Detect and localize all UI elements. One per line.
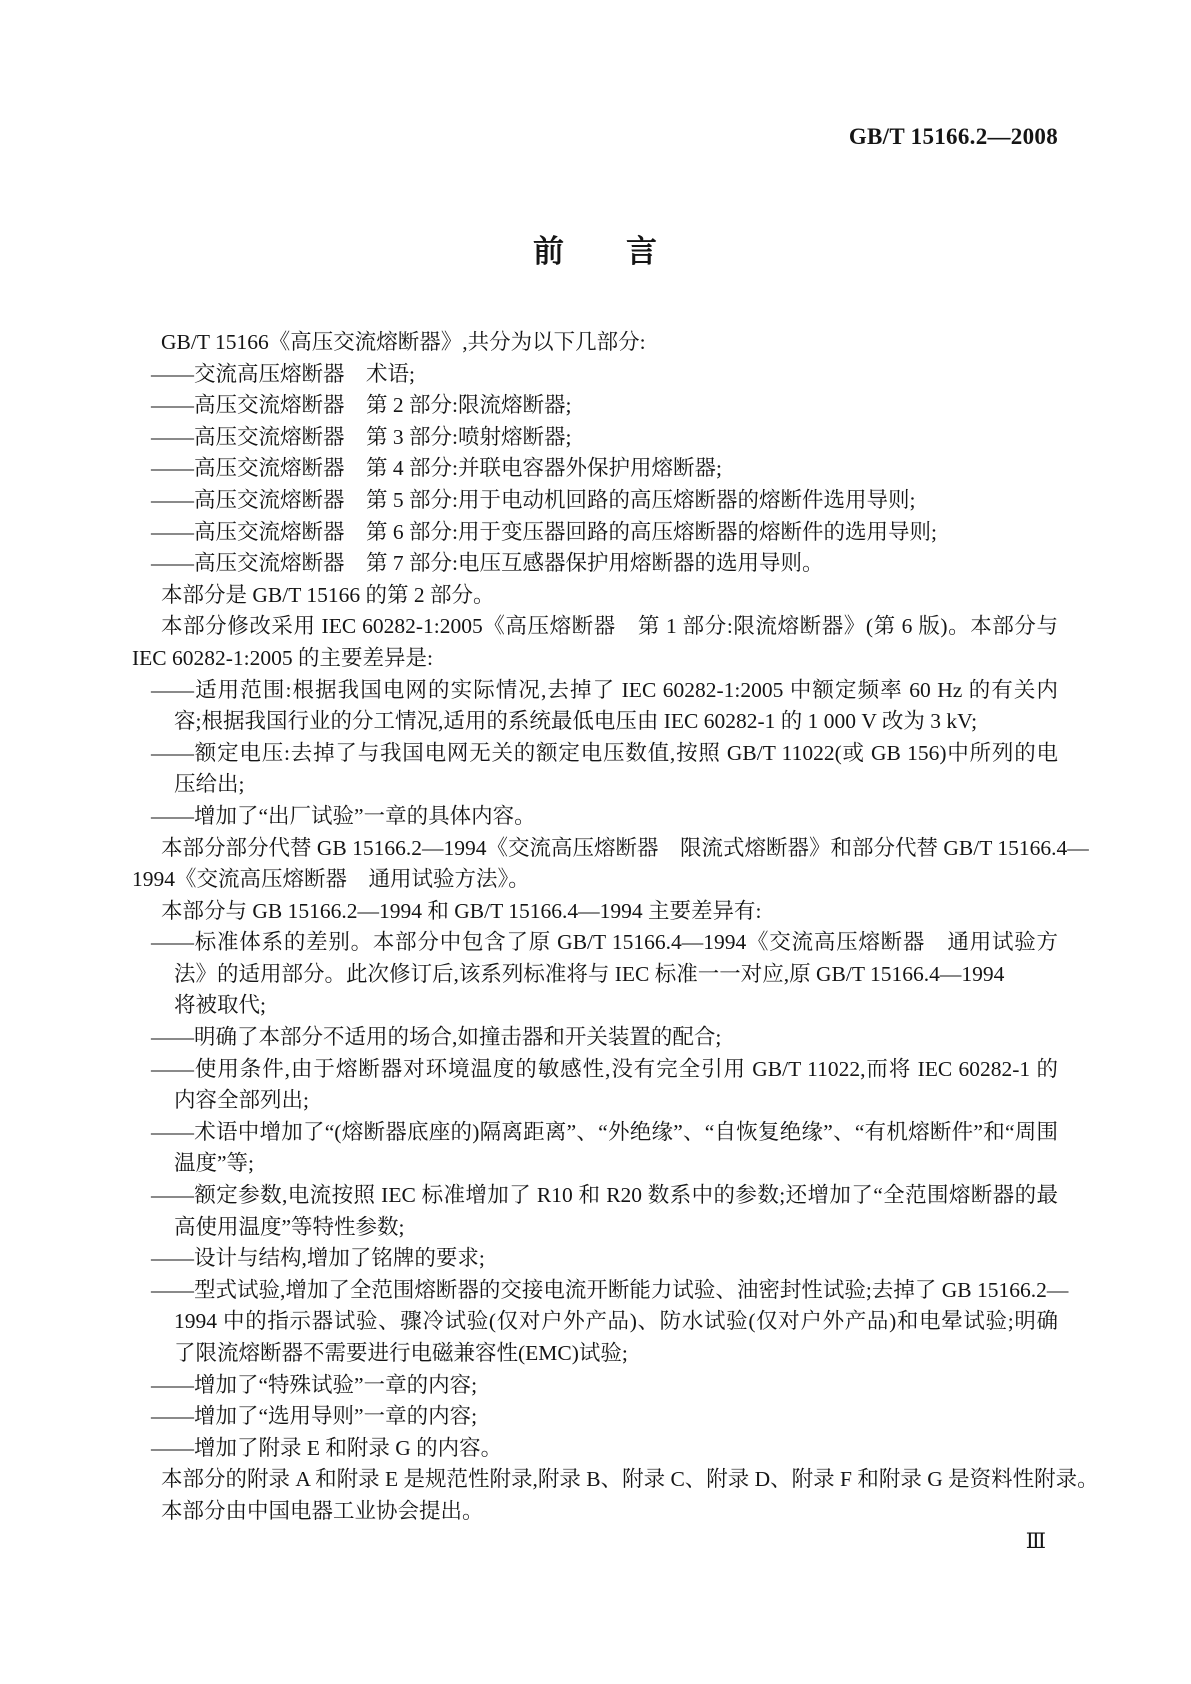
document-page: GB/T 15166.2—2008 前 言 GB/T 15166《高压交流熔断器… — [0, 0, 1191, 1684]
text-line: ——增加了“出厂试验”一章的具体内容。 — [132, 801, 1058, 833]
text-line: ——适用范围:根据我国电网的实际情况,去掉了 IEC 60282-1:2005 … — [132, 675, 1058, 707]
page-title: 前 言 — [132, 226, 1058, 271]
text-line: ——额定电压:去掉了与我国电网无关的额定电压数值,按照 GB/T 11022(或… — [132, 738, 1058, 770]
text-line: ——高压交流熔断器 第 3 部分:喷射熔断器; — [132, 422, 1058, 454]
text-line: ——设计与结构,增加了铭牌的要求; — [132, 1243, 1058, 1275]
text-line: 本部分与 GB 15166.2—1994 和 GB/T 15166.4—1994… — [132, 896, 1058, 928]
text-line: 将被取代; — [132, 990, 1058, 1022]
text-line: ——术语中增加了“(熔断器底座的)隔离距离”、“外绝缘”、“自恢复绝缘”、“有机… — [132, 1117, 1058, 1149]
text-line: 法》的适用部分。此次修订后,该系列标准将与 IEC 标准一一对应,原 GB/T … — [132, 959, 1058, 991]
text-line: ——高压交流熔断器 第 4 部分:并联电容器外保护用熔断器; — [132, 453, 1058, 485]
text-line: 压给出; — [132, 769, 1058, 801]
text-line: ——高压交流熔断器 第 2 部分:限流熔断器; — [132, 390, 1058, 422]
text-line: ——高压交流熔断器 第 5 部分:用于电动机回路的高压熔断器的熔断件选用导则; — [132, 485, 1058, 517]
text-line: 温度”等; — [132, 1148, 1058, 1180]
text-line: ——增加了“特殊试验”一章的内容; — [132, 1370, 1058, 1402]
text-line: 高使用温度”等特性参数; — [132, 1212, 1058, 1244]
text-line: ——额定参数,电流按照 IEC 标准增加了 R10 和 R20 数系中的参数;还… — [132, 1180, 1058, 1212]
text-line: ——高压交流熔断器 第 6 部分:用于变压器回路的高压熔断器的熔断件的选用导则; — [132, 517, 1058, 549]
text-line: 内容全部列出; — [132, 1085, 1058, 1117]
text-line: ——增加了“选用导则”一章的内容; — [132, 1401, 1058, 1433]
foreword-body: GB/T 15166《高压交流熔断器》,共分为以下几部分: ——交流高压熔断器 … — [132, 327, 1058, 1528]
text-line: ——明确了本部分不适用的场合,如撞击器和开关装置的配合; — [132, 1022, 1058, 1054]
text-line: 1994《交流高压熔断器 通用试验方法》。 — [132, 864, 1058, 896]
text-line: 本部分部分代替 GB 15166.2—1994《交流高压熔断器 限流式熔断器》和… — [132, 833, 1058, 865]
text-line: 本部分是 GB/T 15166 的第 2 部分。 — [132, 580, 1058, 612]
text-line: ——高压交流熔断器 第 7 部分:电压互感器保护用熔断器的选用导则。 — [132, 548, 1058, 580]
text-line: ——标准体系的差别。本部分中包含了原 GB/T 15166.4—1994《交流高… — [132, 927, 1058, 959]
text-line: GB/T 15166《高压交流熔断器》,共分为以下几部分: — [132, 327, 1058, 359]
text-line: 容;根据我国行业的分工情况,适用的系统最低电压由 IEC 60282-1 的 1… — [132, 706, 1058, 738]
text-line: ——型式试验,增加了全范围熔断器的交接电流开断能力试验、油密封性试验;去掉了 G… — [132, 1275, 1058, 1307]
page-number: Ⅲ — [132, 1529, 1046, 1554]
text-line: 本部分修改采用 IEC 60282-1:2005《高压熔断器 第 1 部分:限流… — [132, 611, 1058, 643]
text-line: ——增加了附录 E 和附录 G 的内容。 — [132, 1433, 1058, 1465]
text-line: ——使用条件,由于熔断器对环境温度的敏感性,没有完全引用 GB/T 11022,… — [132, 1054, 1058, 1086]
text-line: 了限流熔断器不需要进行电磁兼容性(EMC)试验; — [132, 1338, 1058, 1370]
text-line: 1994 中的指示器试验、骤冷试验(仅对户外产品)、防水试验(仅对户外产品)和电… — [132, 1306, 1058, 1338]
standard-code: GB/T 15166.2—2008 — [132, 124, 1058, 150]
text-line: IEC 60282-1:2005 的主要差异是: — [132, 643, 1058, 675]
text-line: 本部分的附录 A 和附录 E 是规范性附录,附录 B、附录 C、附录 D、附录 … — [132, 1464, 1058, 1496]
text-line: 本部分由中国电器工业协会提出。 — [132, 1496, 1058, 1528]
text-line: ——交流高压熔断器 术语; — [132, 359, 1058, 391]
